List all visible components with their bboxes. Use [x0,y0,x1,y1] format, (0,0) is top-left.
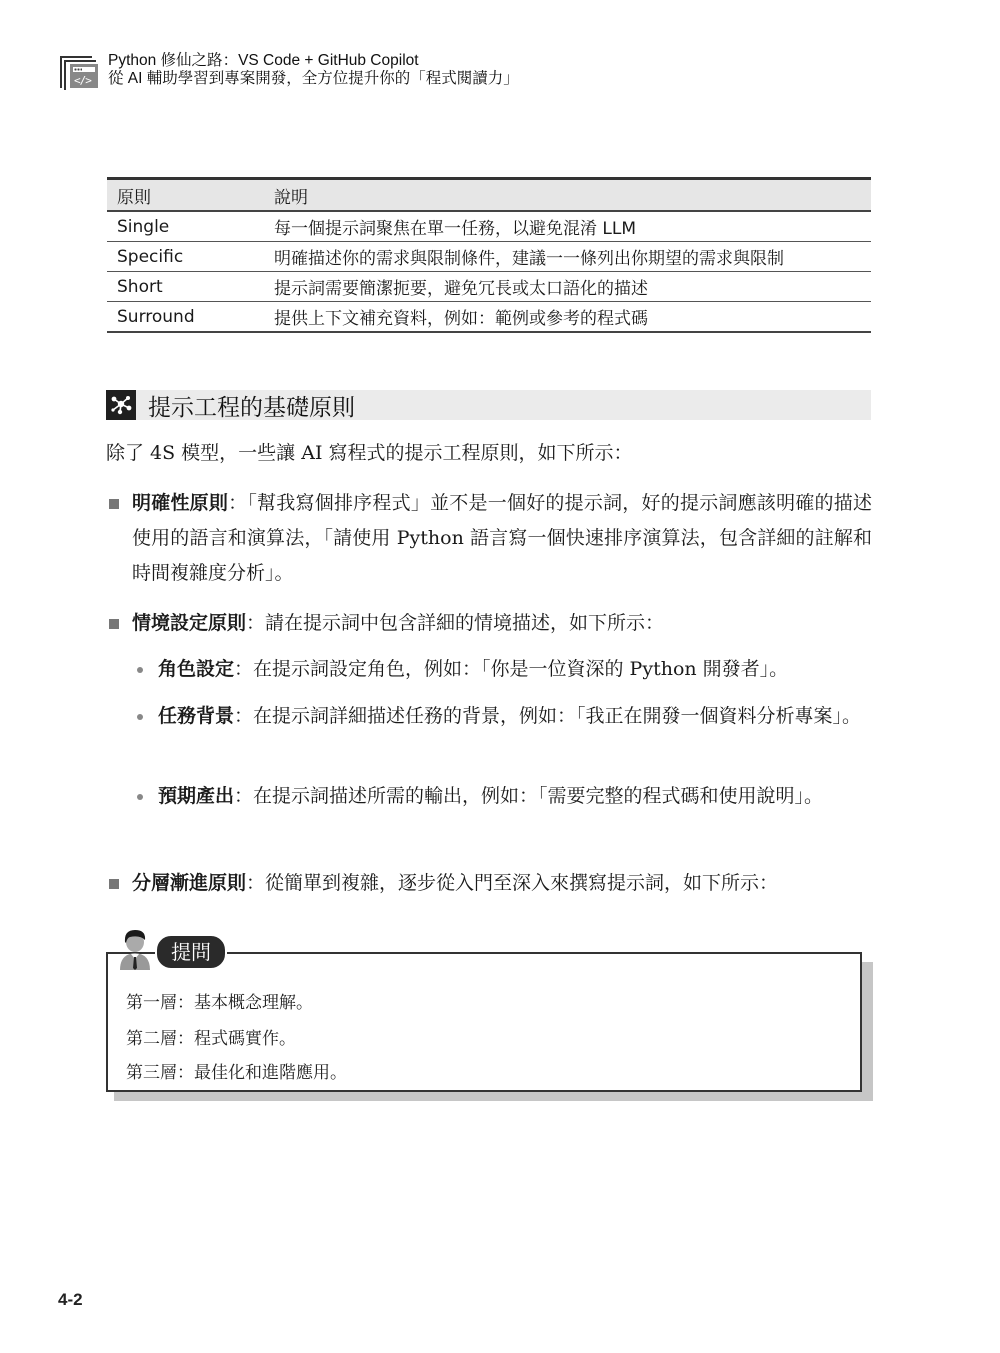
sub-lead: 預期產出 [158,785,234,807]
description-cell: 提供上下文補充資料，例如：範例或參考的程式碼 [264,302,871,333]
column-header-description: 說明 [264,179,871,212]
bullet-context: 情境設定原則：請在提示詞中包含詳細的情境描述，如下所示： [106,606,872,641]
bullet-text: ：從簡單到複雜，逐步從入門至深入來撰寫提示詞，如下所示： [246,872,778,894]
section-heading: 提示工程的基礎原則 [106,390,871,420]
network-nodes-icon [106,390,136,420]
table-row: Single 每一個提示詞聚焦在單一任務，以避免混淆 LLM [107,211,871,242]
column-header-principle: 原則 [107,179,264,212]
sub-text: ：在提示詞描述所需的輸出，例如：「需要完整的程式碼和使用說明」。 [234,785,823,807]
principles-table: 原則 說明 Single 每一個提示詞聚焦在單一任務，以避免混淆 LLM Spe… [107,177,871,333]
person-avatar-icon [118,926,152,970]
description-cell: 提示詞需要簡潔扼要，避免冗長或太口語化的描述 [264,272,871,302]
principle-cell: Short [107,272,264,302]
sub-bullet-role: 角色設定：在提示詞設定角色，例如：「你是一位資深的 Python 開發者」。 [134,652,872,687]
bullet-lead: 明確性原則 [132,492,228,514]
table-row: Surround 提供上下文補充資料，例如：範例或參考的程式碼 [107,302,871,333]
book-header: </> Python 修仙之路：VS Code + GitHub Copilot… [60,52,519,90]
bullet-text: ：請在提示詞中包含詳細的情境描述，如下所示： [246,612,664,634]
principle-cell: Single [107,211,264,242]
dot-bullet-icon [137,667,143,673]
principle-cell: Specific [107,242,264,272]
sub-lead: 角色設定 [158,658,234,680]
sub-bullet-output: 預期產出：在提示詞描述所需的輸出，例如：「需要完整的程式碼和使用說明」。 [134,779,872,814]
table-row: Short 提示詞需要簡潔扼要，避免冗長或太口語化的描述 [107,272,871,302]
table-row: Specific 明確描述你的需求與限制條件，建議一一條列出你期望的需求與限制 [107,242,871,272]
principle-cell: Surround [107,302,264,333]
section-title: 提示工程的基礎原則 [148,389,355,422]
description-cell: 明確描述你的需求與限制條件，建議一一條列出你期望的需求與限制 [264,242,871,272]
prompt-line: 第三層：最佳化和進階應用。 [126,1058,347,1083]
dot-bullet-icon [137,714,143,720]
sub-lead: 任務背景 [158,705,234,727]
bullet-text: ：「幫我寫個排序程式」並不是一個好的提示詞，好的提示詞應該明確的描述使用的語言和… [132,492,872,584]
square-bullet-icon [109,879,119,889]
book-title: Python 修仙之路：VS Code + GitHub Copilot [108,52,519,70]
page-number: 4-2 [58,1290,83,1310]
prompt-line: 第一層：基本概念理解。 [126,988,313,1013]
square-bullet-icon [109,499,119,509]
prompt-line: 第二層：程式碼實作。 [126,1024,296,1049]
sub-bullet-task: 任務背景：在提示詞詳細描述任務的背景，例如：「我正在開發一個資料分析專案」。 [134,699,872,734]
square-bullet-icon [109,619,119,629]
description-cell: 每一個提示詞聚焦在單一任務，以避免混淆 LLM [264,211,871,242]
bullet-lead: 分層漸進原則 [132,872,246,894]
table-header-row: 原則 說明 [107,179,871,212]
book-subtitle: 從 AI 輔助學習到專案開發，全方位提升你的「程式閱讀力」 [108,70,519,88]
bullet-lead: 情境設定原則 [132,612,246,634]
prompt-box: 第一層：基本概念理解。 第二層：程式碼實作。 第三層：最佳化和進階應用。 [106,952,862,1092]
sub-text: ：在提示詞設定角色，例如：「你是一位資深的 Python 開發者」。 [234,658,788,680]
dot-bullet-icon [137,794,143,800]
bullet-clarity: 明確性原則：「幫我寫個排序程式」並不是一個好的提示詞，好的提示詞應該明確的描述使… [106,486,872,591]
sub-text: ：在提示詞詳細描述任務的背景，例如：「我正在開發一個資料分析專案」。 [234,705,861,727]
bullet-layered: 分層漸進原則：從簡單到複雜，逐步從入門至深入來撰寫提示詞，如下所示： [106,866,872,901]
prompt-badge: 提問 [155,934,227,970]
code-window-icon: </> [60,52,100,90]
intro-paragraph: 除了 4S 模型，一些讓 AI 寫程式的提示工程原則，如下所示： [106,436,633,470]
